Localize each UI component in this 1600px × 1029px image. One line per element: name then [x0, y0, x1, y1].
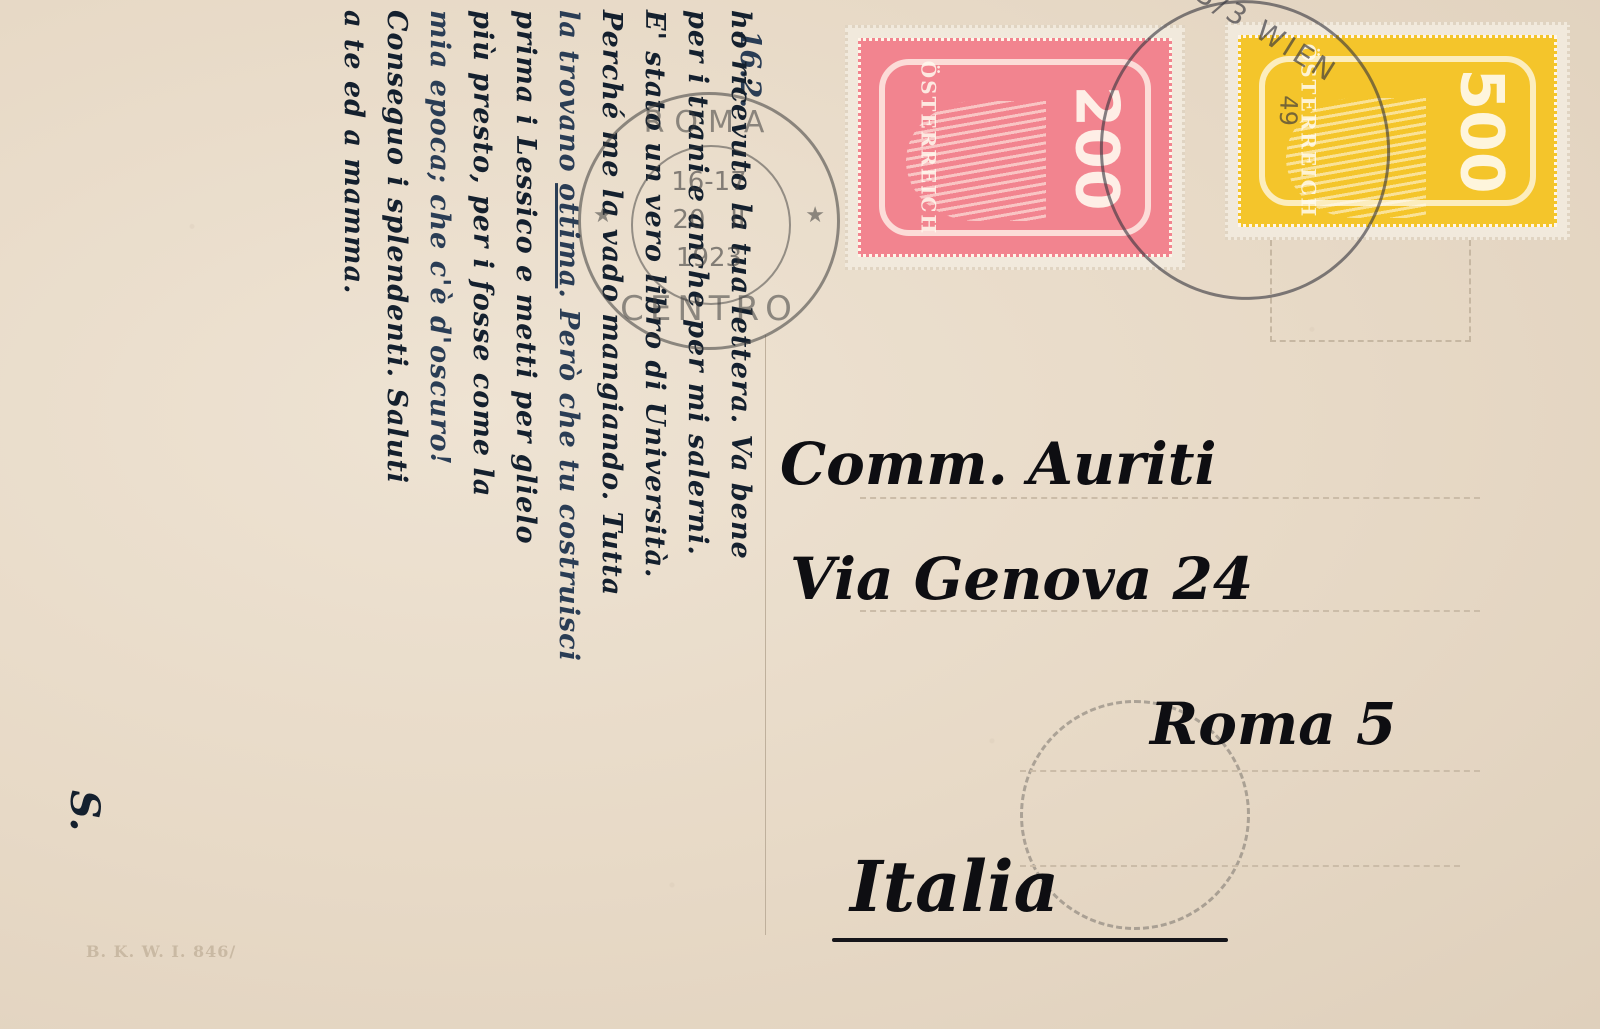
message-line: prima i Lessico e metti per glielo	[504, 0, 547, 1000]
message-line: a te ed a mamma.	[332, 0, 375, 1000]
postmark-day-month: 20 II	[581, 201, 837, 239]
postmark-city: ROMA	[581, 105, 837, 140]
signature: S.	[0, 790, 108, 860]
address-country: Italia	[850, 845, 1059, 928]
address-recipient: Comm. Auriti	[780, 430, 1217, 498]
postmark-time: 16-17	[581, 163, 837, 201]
postmark-city: 3/3 WIEN	[1190, 0, 1344, 90]
stamp-country: ÖSTERREICH	[916, 60, 940, 235]
printer-mark: B. K. W. I. 846/	[86, 942, 236, 961]
address-rule	[1020, 865, 1460, 867]
postmark-roma: ROMA ★ ★ 16-17 20 II 1923 CENTRO	[578, 92, 840, 350]
message-line: mia epoca; che c'è d'oscuro!	[418, 0, 461, 1000]
postmark-prefix: 3/3	[1190, 0, 1256, 35]
address-street: Via Genova 24	[790, 545, 1253, 613]
postmark-date: 16-17 20 II 1923	[581, 163, 837, 277]
message-line: Conseguo i splendenti. Saluti	[375, 0, 418, 1000]
stamp-value: 500	[1446, 68, 1516, 193]
postmark-day: 20	[672, 205, 705, 235]
center-divider	[765, 335, 766, 935]
postmark-year: 1923	[581, 239, 837, 277]
address-rule	[1020, 770, 1480, 772]
message-line-text: la trovano ottima. Però che tu costruisc…	[553, 10, 584, 662]
postmark-number: 49	[1274, 95, 1303, 127]
message-line: più presto, per i fosse come la	[461, 0, 504, 1000]
postmark-office: CENTRO	[581, 289, 837, 329]
address-city: Roma 5	[1150, 690, 1396, 758]
postcard: 16.2. ho ricevuto la tua lettera. Va ben…	[0, 0, 1600, 1029]
address-underline	[832, 938, 1228, 942]
postmark-month: II	[730, 205, 745, 235]
message-line: la trovano ottima. Però che tu costruisc…	[547, 0, 590, 1000]
